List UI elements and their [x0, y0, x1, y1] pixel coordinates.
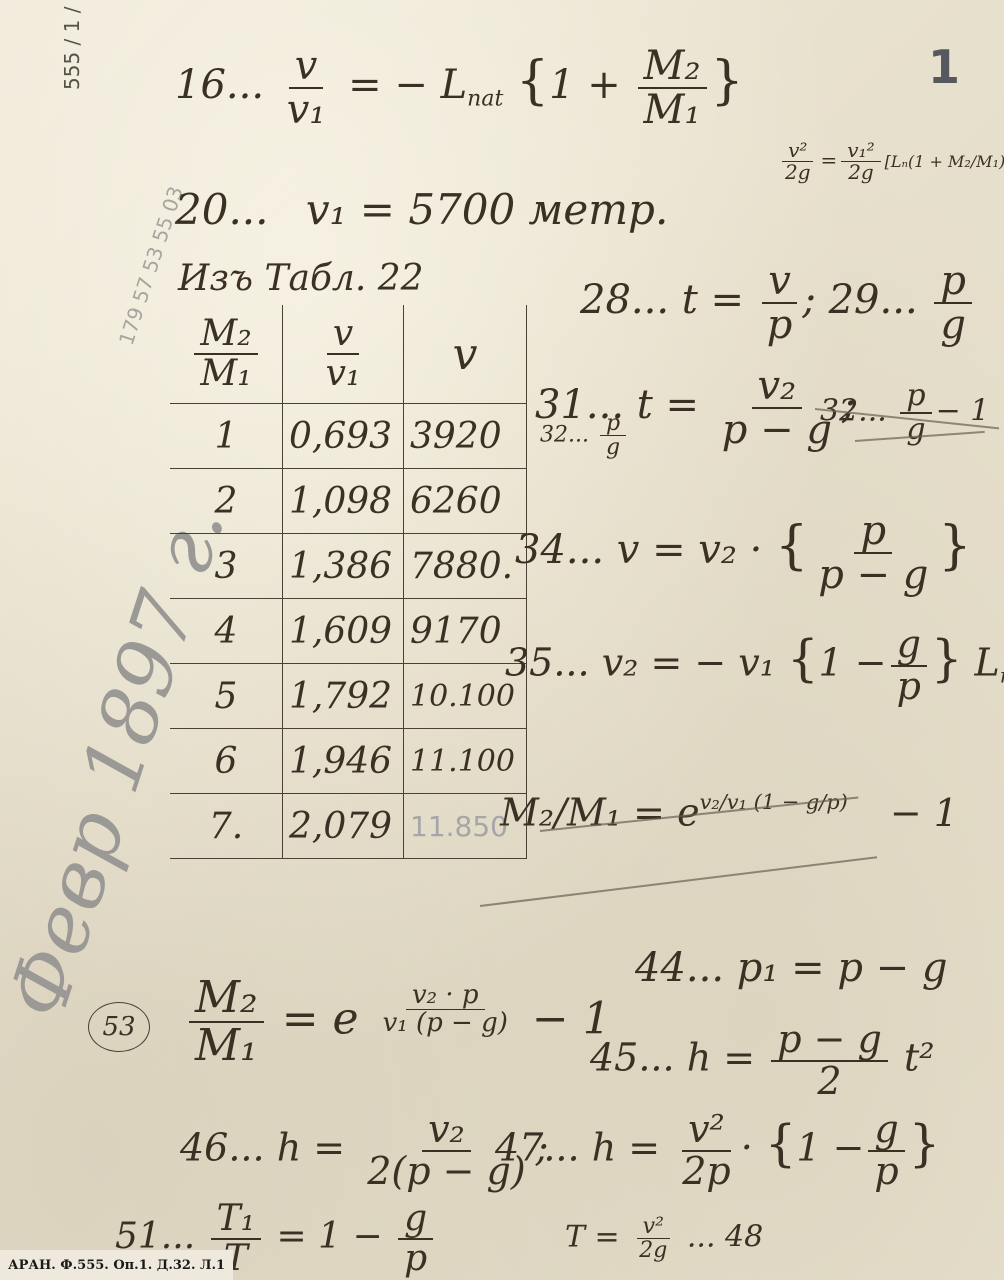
equation-35: 35... v₂ = − v₁ {1 −gp} Lnat (1 +M₂M₁) [505, 625, 1004, 707]
archive-margin-ref: 555 / 1 / 32 [60, 0, 84, 90]
table-header-row: M₂M₁ vv₁ v [170, 305, 527, 404]
side-equation-energy: v²2g=v₁²2g[Lₙ(1 + M₂/M₁)]² [775, 140, 1004, 183]
table-row: 3 1,386 7880. [170, 534, 527, 599]
equation-48: T = v²2g ... 48 [565, 1215, 763, 1262]
circled-label-53: 53 [88, 1002, 150, 1052]
eq-label: 29... [829, 277, 918, 323]
eq-label: 47... [495, 1125, 580, 1169]
equation-34: 34... v = v₂ · {pp − g} [515, 510, 971, 596]
equation-53: M₂M₁ = e v₂ · pv₁ (p − g) − 1 [185, 975, 611, 1069]
data-table: M₂M₁ vv₁ v 1 0,693 3920 2 1,098 6260 3 1… [170, 305, 527, 859]
eq-label: 28... [580, 277, 669, 323]
header-velocity-ratio: vv₁ [283, 305, 404, 404]
page-number: 1 [928, 40, 960, 94]
table-row: 7. 2,079 11.850 [170, 794, 527, 859]
strikethrough-line [480, 856, 877, 907]
eq-label: 35... [505, 640, 590, 684]
table-row: 4 1,609 9170 [170, 599, 527, 664]
eq-label: 16... [175, 62, 264, 108]
fraction: M₂M₁ [638, 45, 707, 131]
margin-ref-opis: 1 [60, 20, 84, 33]
equation-45: 45... h = p − g2 t² [590, 1020, 934, 1102]
header-velocity: v [404, 305, 527, 404]
eq-label: 20... [175, 185, 269, 234]
equation-44: 44... p₁ = p − g [635, 945, 948, 991]
equation-47: 47... h = v²2p· {1 −gp} [495, 1110, 940, 1192]
eq-label: 46... [180, 1125, 265, 1169]
equation-28-29: 28... t = vp; 29... pg [580, 260, 976, 346]
table-row: 5 1,792 10.100 [170, 664, 527, 729]
margin-ref-fond: 555 [60, 52, 84, 90]
eq-label: 45... [590, 1035, 675, 1079]
table-row: 1 0,693 3920 [170, 404, 527, 469]
equation-46: 46... h = v₂2(p − g); [180, 1110, 548, 1192]
archive-caption: АРАН. Ф.555. Оп.1. Д.32. Л.1 [0, 1250, 233, 1280]
equation-32: 32... pg [540, 412, 630, 459]
header-mass-ratio: M₂M₁ [170, 305, 283, 404]
table-row: 2 1,098 6260 [170, 469, 527, 534]
table-row: 6 1,946 11.100 [170, 729, 527, 794]
eq-label: 44... [635, 945, 724, 991]
equation-20: 20... v₁ = 5700 метр. [175, 185, 668, 234]
equation-16: 16... vv₁ = − Lnat {1 + M₂M₁} [175, 45, 744, 131]
fraction: vv₁ [281, 45, 332, 131]
table-title: Изъ Табл. 22 [178, 258, 424, 299]
eq-label: 34... [515, 527, 604, 573]
